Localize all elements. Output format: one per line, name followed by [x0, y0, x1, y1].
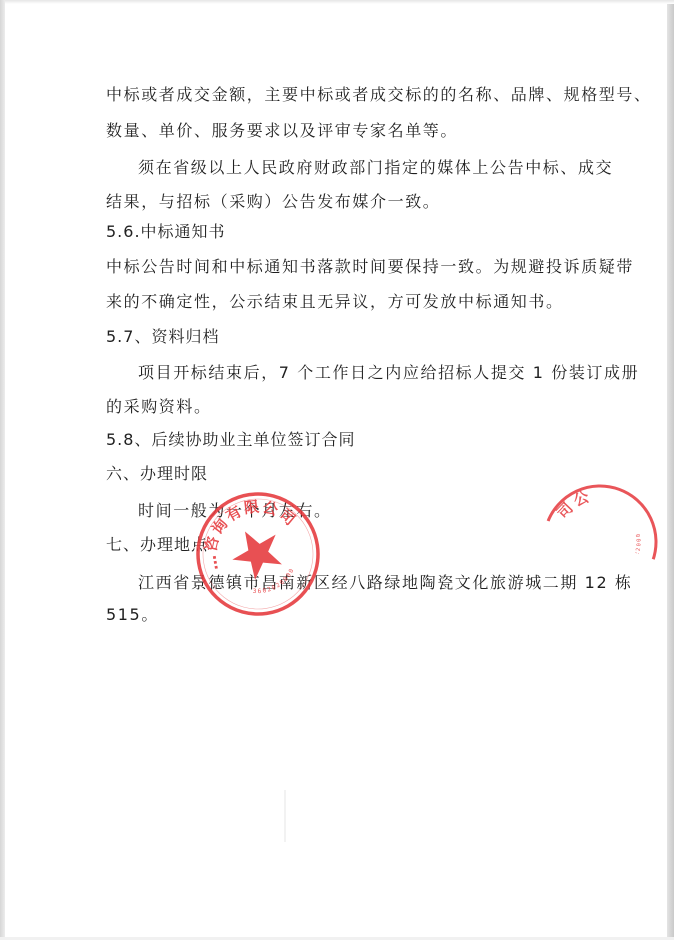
section-heading-5-8: 5.8、后续协助业主单位签订合同 [106, 430, 355, 450]
document-page: 中标或者成交金额，主要中标或者成交标的的名称、品牌、规格型号、 数量、单价、服务… [0, 0, 674, 940]
section-heading-5-6: 5.6.中标通知书 [106, 222, 226, 242]
paragraph-line: 须在省级以上人民政府财政部门指定的媒体上公告中标、成交 [138, 158, 613, 178]
page-edge-left [0, 0, 5, 940]
paragraph-line: 项目开标结束后，7 个工作日之内应给招标人提交 1 份装订成册 [138, 363, 639, 383]
paragraph-line: 中标或者成交金额，主要中标或者成交标的的名称、品牌、规格型号、 [106, 85, 652, 105]
scan-artifact [284, 790, 286, 842]
section-heading-7: 七、办理地点 [106, 535, 208, 555]
paragraph-line: 来的不确定性，公示结束且无异议，方可发放中标通知书。 [106, 292, 564, 312]
page-edge-top [0, 0, 674, 4]
paragraph-line: 数量、单价、服务要求以及评审专家名单等。 [106, 121, 458, 141]
paragraph-line: 的采购资料。 [106, 397, 212, 417]
svg-text:司公: 司公 [551, 478, 599, 529]
seal-fragment-icon: 司公 0100022000 [523, 465, 674, 619]
paragraph-line: 结果，与招标（采购）公告发布媒介一致。 [106, 192, 440, 212]
section-heading-6: 六、办理时限 [106, 464, 208, 484]
page-edge-right [667, 4, 674, 940]
svg-text:0100022000: 0100022000 [620, 530, 648, 579]
paragraph-line: 时间一般为一个月左右。 [138, 501, 332, 521]
paragraph-line: 江西省景德镇市昌南新区经八路绿地陶瓷文化旅游城二期 12 栋 [138, 573, 633, 593]
paragraph-line: 515。 [106, 605, 159, 625]
paragraph-line: 中标公告时间和中标通知书落款时间要保持一致。为规避投诉质疑带 [106, 257, 634, 277]
svg-text:…咨询有限公司: …咨询有限公司 [182, 478, 304, 578]
cross-page-seal: 司公 0100022000 [523, 465, 674, 619]
section-heading-5-7: 5.7、资料归档 [106, 327, 219, 347]
